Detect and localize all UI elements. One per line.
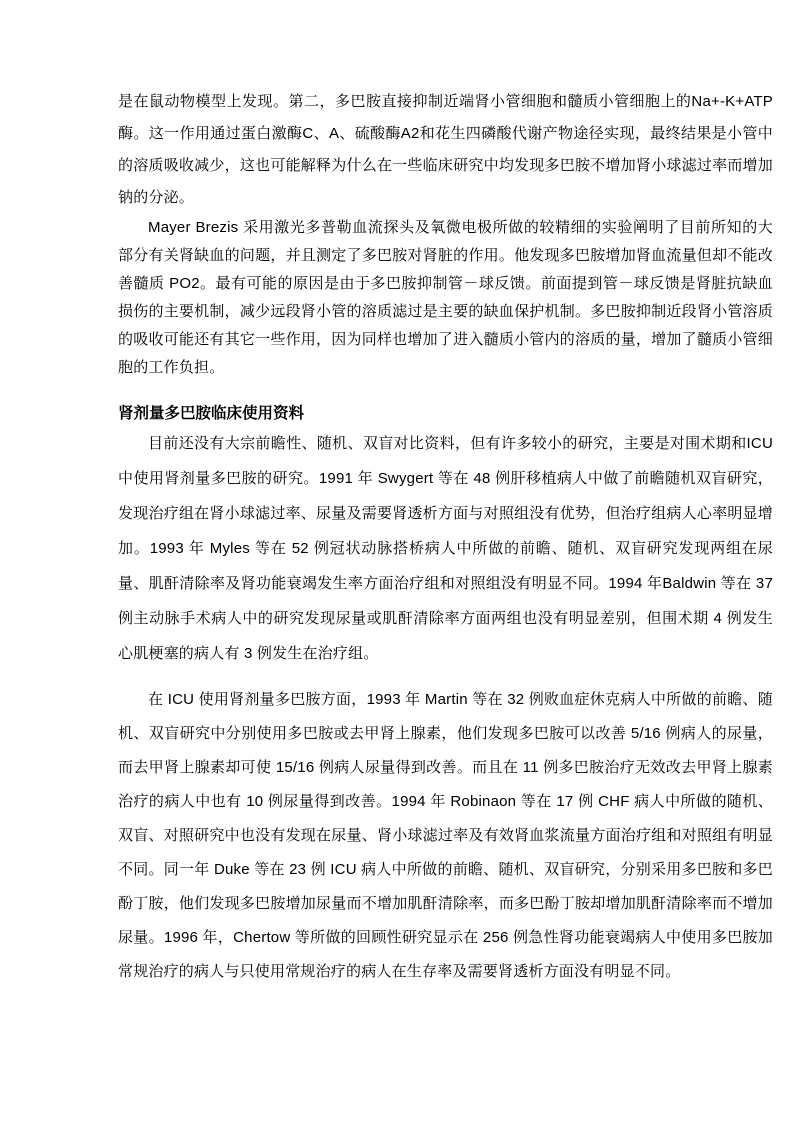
section-heading: 肾剂量多巴胺临床使用资料 [118,402,773,426]
body-paragraph-icu-studies: 在 ICU 使用肾剂量多巴胺方面，1993 年 Martin 等在 32 例败血… [118,683,773,989]
document-text-block: 是在鼠动物模型上发现。第二，多巴胺直接抑制近端肾小管细胞和髓质小管细胞上的Na+… [118,86,773,989]
body-paragraph-continuation: 是在鼠动物模型上发现。第二，多巴胺直接抑制近端肾小管细胞和髓质小管细胞上的Na+… [118,86,773,214]
body-paragraph-perioperative-studies: 目前还没有大宗前瞻性、随机、双盲对比资料，但有许多较小的研究，主要是对围术期和I… [118,426,773,671]
document-page: 是在鼠动物模型上发现。第二，多巴胺直接抑制近端肾小管细胞和髓质小管细胞上的Na+… [0,0,793,1122]
body-paragraph-mayer-brezis: Mayer Brezis 采用激光多普勒血流探头及氧微电极所做的较精细的实验阐明… [118,214,773,382]
